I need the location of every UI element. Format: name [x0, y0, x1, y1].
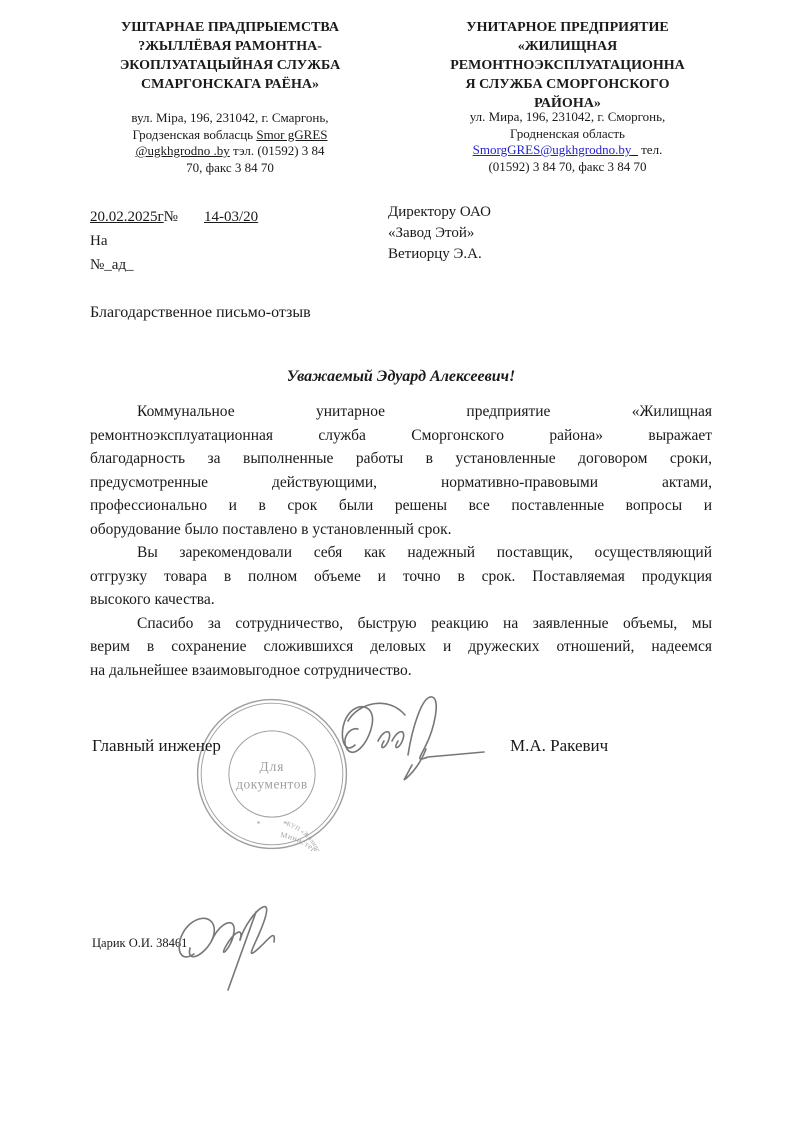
- org-phone-left: тэл. (01592) 3 84: [230, 143, 325, 158]
- stamp-separator-star: *: [283, 819, 287, 828]
- body-line: благодарность за выполненные работы в ус…: [90, 447, 712, 471]
- org-email-link[interactable]: SmorgGRES@ugkhgrodno.by: [473, 142, 632, 157]
- signature-name: М.А. Ракевич: [510, 736, 608, 756]
- signature-scribble: [300, 687, 500, 797]
- body-line: Коммунальное унитарное предприятие «Жили…: [90, 400, 712, 424]
- stamp-center-line2: документов: [236, 776, 307, 791]
- body-line: Вы зарекомендовали себя как надежный пос…: [90, 541, 712, 565]
- reference-date: 20.02.2025г: [90, 209, 164, 225]
- reference-number: 14-03/20: [204, 209, 258, 225]
- org-name-right: УНИТАРНОЕ ПРЕДПРИЯТИЕ «ЖИЛИЩНАЯ РЕМОНТНО…: [420, 18, 715, 113]
- reference-line1: 20.02.2025г№14-03/20: [90, 205, 390, 229]
- org-address-left-line4: 70, факс 3 84 70: [85, 160, 375, 177]
- letter-page: УШТАРНАЕ ПРАДПРЫЕМСТВА ?ЖЫЛЛЁВАЯ РАМОНТН…: [0, 0, 794, 1123]
- body-line: отгрузку товара в полном объеме и точно …: [90, 565, 712, 589]
- number-sign: №: [164, 209, 178, 225]
- reference-na-number: №_ад_: [90, 253, 390, 277]
- addressee-position: Директору ОАО: [388, 202, 688, 223]
- org-address-left-line2: Гродзенская вобласць Smor gGRES: [85, 127, 375, 144]
- reference-block: 20.02.2025г№14-03/20 На №_ад_: [90, 205, 390, 277]
- stamp-center-line1: Для: [260, 759, 285, 774]
- org-address-right: ул. Мира, 196, 231042, г. Сморгонь, Грод…: [420, 109, 715, 175]
- org-name-left-line: ЭКОПЛУАТАЦЫЙНАЯ СЛУЖБА: [85, 56, 375, 75]
- addressee-company: «Завод Этой»: [388, 223, 688, 244]
- body-line: верим в сохранение сложившихся деловых и…: [90, 635, 712, 659]
- org-address-left-line3: @ugkhgrodno .by тэл. (01592) 3 84: [85, 143, 375, 160]
- body-line: предусмотренные действующими, нормативно…: [90, 471, 712, 495]
- org-name-left: УШТАРНАЕ ПРАДПРЫЕМСТВА ?ЖЫЛЛЁВАЯ РАМОНТН…: [85, 18, 375, 94]
- body-line: ремонтноэксплуатационная служба Сморгонс…: [90, 424, 712, 448]
- subject-line: Благодарственное письмо-отзыв: [90, 304, 540, 322]
- org-name-left-line: СМАРГОНСКАГА РАЁНА»: [85, 75, 375, 94]
- org-name-right-line: РЕМОНТНОЭКСПЛУАТАЦИОННА: [420, 56, 715, 75]
- org-address-right-line2: Гродненская область: [420, 126, 715, 143]
- org-email-left-part2: @ugkhgrodno .by: [135, 143, 229, 158]
- paragraph-3: Спасибо за сотрудничество, быструю реакц…: [90, 612, 712, 683]
- org-name-right-line: УНИТАРНОЕ ПРЕДПРИЯТИЕ: [420, 18, 715, 37]
- body-line: высокого качества.: [90, 588, 712, 612]
- executor-signature-scribble: [168, 896, 303, 1001]
- org-name-left-line: УШТАРНАЕ ПРАДПРЫЕМСТВА: [85, 18, 375, 37]
- org-name-right-line: «ЖИЛИЩНАЯ: [420, 37, 715, 56]
- org-address-left-region: Гродзенская вобласць: [132, 127, 256, 142]
- addressee-person: Ветиорцу Э.А.: [388, 244, 688, 265]
- org-name-left-line: ?ЖЫЛЛЁВАЯ РАМОНТНА-: [85, 37, 375, 56]
- paragraph-2: Вы зарекомендовали себя как надежный пос…: [90, 541, 712, 612]
- body-line: Спасибо за сотрудничество, быструю реакц…: [90, 612, 712, 636]
- stamp-separator-star: *: [257, 819, 261, 828]
- email-underscore: _: [631, 142, 638, 157]
- org-name-right-line: Я СЛУЖБА СМОРГОНСКОГО: [420, 75, 715, 94]
- org-address-left: вул. Міра, 196, 231042, г. Смаргонь, Гро…: [85, 110, 375, 176]
- paragraph-1: Коммунальное унитарное предприятие «Жили…: [90, 400, 712, 541]
- letter-body: Коммунальное унитарное предприятие «Жили…: [90, 400, 712, 682]
- org-address-right-line4: (01592) 3 84 70, факс 3 84 70: [420, 159, 715, 176]
- org-address-right-line3: SmorgGRES@ugkhgrodno.by_ тел.: [420, 142, 715, 159]
- signature-position: Главный инженер: [92, 736, 221, 756]
- body-line: на дальнейшее взаимовыгодное сотрудничес…: [90, 659, 712, 683]
- org-phone-right-label: тел.: [641, 142, 662, 157]
- salutation: Уважаемый Эдуард Алексеевич!: [90, 368, 712, 386]
- body-line: профессионально и в срок были решены все…: [90, 494, 712, 518]
- body-line: оборудование было поставлено в установле…: [90, 518, 712, 542]
- org-address-left-line1: вул. Міра, 196, 231042, г. Смаргонь,: [85, 110, 375, 127]
- org-address-right-line1: ул. Мира, 196, 231042, г. Сморгонь,: [420, 109, 715, 126]
- addressee-block: Директору ОАО «Завод Этой» Ветиорцу Э.А.: [388, 202, 688, 265]
- org-email-left-part1: Smor gGRES: [256, 127, 327, 142]
- reference-na-label: На: [90, 229, 390, 253]
